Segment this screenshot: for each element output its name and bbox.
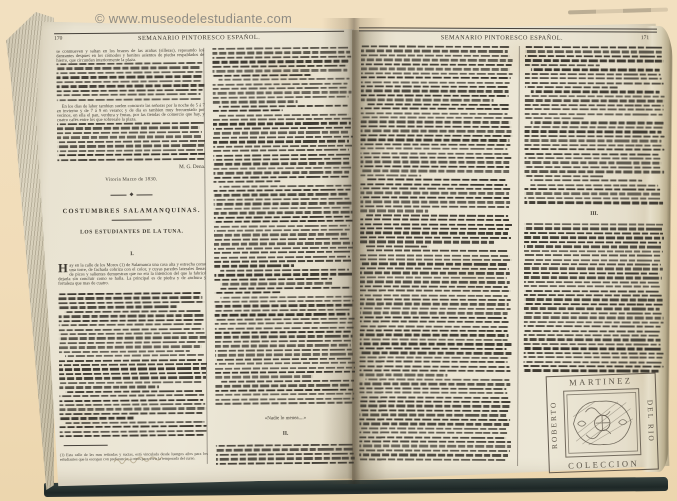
drop-cap: H: [58, 263, 68, 274]
article-title: LOS ESTUDIANTES DE LA TUNA.: [58, 228, 206, 235]
illegible-text-lines: [57, 122, 205, 163]
diamond-ornament-icon: ◆: [130, 193, 134, 198]
column-divider: [517, 46, 520, 466]
right-page-content: SEMANARIO PINTORESCO ESPAÑOL. 171 III. M…: [351, 19, 671, 482]
footnote-rule: [64, 445, 108, 446]
stamp-word-left: ROBERTO: [548, 390, 559, 459]
illegible-text-lines: [216, 444, 356, 468]
title-rule: [112, 219, 152, 220]
watermark-text: © www.museodelestudiante.com: [95, 11, 292, 26]
book-scan-photo: 170 SEMANARIO PINTORESCO ESPAÑOL. se con…: [0, 0, 677, 501]
body-text-excerpt: En los dias de labor tambien suelen conc…: [57, 103, 205, 122]
ornament-divider: ◆: [57, 192, 205, 198]
illegible-text-lines: [359, 45, 513, 466]
left-page-content: 170 SEMANARIO PINTORESCO ESPAÑOL. se con…: [34, 15, 356, 490]
chapter-numeral-2: II.: [216, 430, 356, 437]
stamp-word-right: DEL RIO: [645, 387, 656, 456]
illegible-text-lines: [212, 47, 355, 408]
illegible-text-lines: [524, 46, 665, 207]
stamp-word-bottom: COLECCION: [562, 458, 646, 471]
quote-line: «Nadie lo menea....»: [215, 415, 355, 422]
illegible-text-lines: [58, 292, 207, 440]
page-number: 171: [641, 35, 671, 41]
stamp-word-top: MARTINEZ: [559, 375, 643, 388]
stamp-emblem-icon: [563, 388, 641, 458]
body-text-excerpt: se conmueven y saltan en los brazos de l…: [56, 48, 204, 63]
opening-paragraph: Hay en la calle de los Moros (1) de Sala…: [58, 262, 206, 286]
illegible-text-lines: [56, 62, 204, 103]
page-edge-marks: [568, 8, 668, 15]
collection-stamp: MARTINEZ COLECCION ROBERTO DEL RIO: [546, 373, 659, 474]
section-title: COSTUMBRES SALAMANQUINAS.: [58, 206, 206, 215]
header-rule-2: [359, 30, 657, 32]
dateline: Vitoria Marzo de 1830.: [57, 176, 205, 183]
author-signature: M. G. Dena.: [57, 164, 220, 171]
chapter-numeral-1: I.: [58, 250, 206, 257]
illegible-text-lines: [523, 223, 664, 376]
header-rule: [359, 27, 657, 29]
handwritten-mark: [112, 451, 165, 472]
running-title: SEMANARIO PINTORESCO ESPAÑOL.: [54, 33, 344, 43]
running-title: SEMANARIO PINTORESCO ESPAÑOL.: [389, 33, 615, 41]
chapter-numeral-3: III.: [524, 210, 664, 217]
